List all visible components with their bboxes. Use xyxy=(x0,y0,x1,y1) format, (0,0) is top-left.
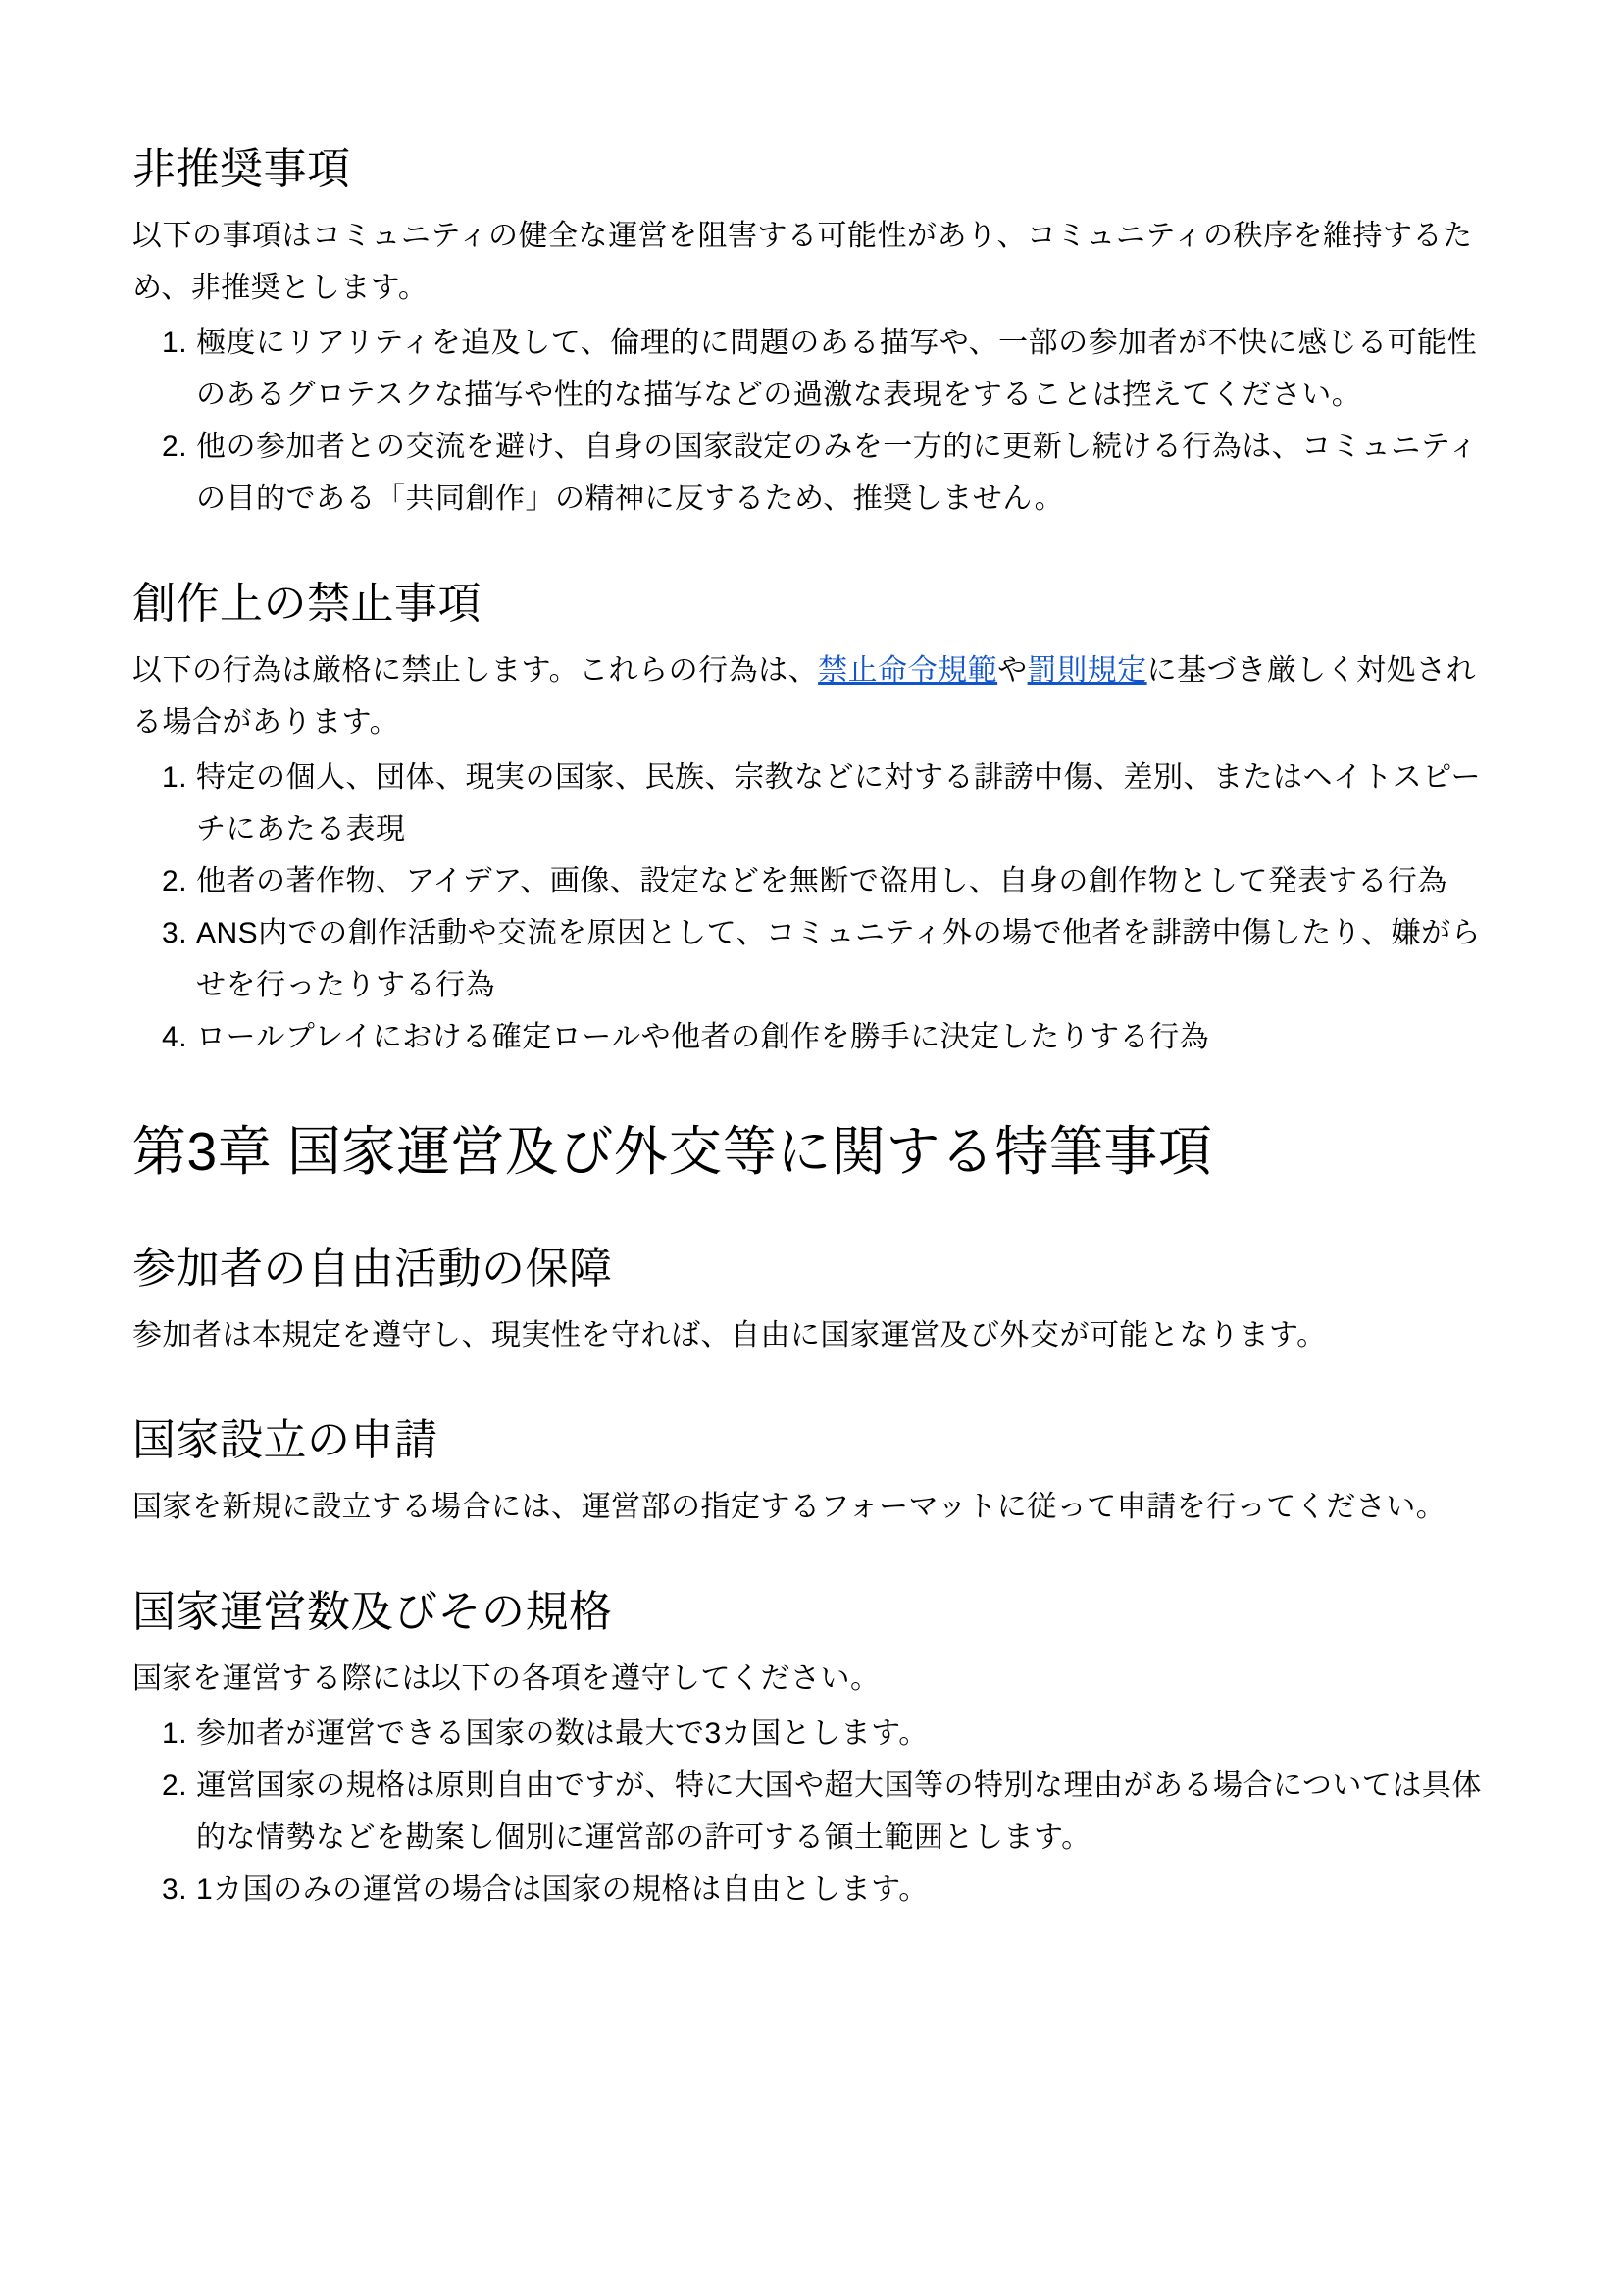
list-item: 1カ国のみの運営の場合は国家の規格は自由とします。 xyxy=(132,1863,1491,1915)
paragraph-freedom: 参加者は本規定を遵守し、現実性を守れば、自由に国家運営及び外交が可能となります。 xyxy=(132,1309,1491,1361)
intro-text-segment: 以下の行為は厳格に禁止します。これらの行為は、 xyxy=(132,654,818,687)
intro-text-segment: や xyxy=(997,654,1028,687)
section-heading-spec: 国家運営数及びその規格 xyxy=(132,1584,1491,1640)
list-item: 他者の著作物、アイデア、画像、設定などを無断で盗用し、自身の創作物として発表する… xyxy=(132,855,1491,907)
paragraph-prohibited-intro: 以下の行為は厳格に禁止します。これらの行為は、禁止命令規範や罰則規定に基づき厳し… xyxy=(132,644,1491,748)
paragraph-application: 国家を新規に設立する場合には、運営部の指定するフォーマットに従って申請を行ってく… xyxy=(132,1481,1491,1533)
section-heading-application: 国家設立の申請 xyxy=(132,1412,1491,1468)
list-item: 他の参加者との交流を避け、自身の国家設定のみを一方的に更新し続ける行為は、コミュ… xyxy=(132,421,1491,525)
section-heading-prohibited: 創作上の禁止事項 xyxy=(132,576,1491,632)
chapter-heading: 第3章 国家運営及び外交等に関する特筆事項 xyxy=(132,1116,1491,1187)
paragraph-discouraged-intro: 以下の事項はコミュニティの健全な運営を阻害する可能性があり、コミュニティの秩序を… xyxy=(132,210,1491,314)
document-content: 非推奨事項 以下の事項はコミュニティの健全な運営を阻害する可能性があり、コミュニ… xyxy=(0,0,1624,1915)
list-discouraged: 極度にリアリティを追及して、倫理的に問題のある描写や、一部の参加者が不快に感じる… xyxy=(132,317,1491,525)
document-page: 非推奨事項 以下の事項はコミュニティの健全な運営を阻害する可能性があり、コミュニ… xyxy=(0,0,1624,2294)
link-penalty-rules[interactable]: 罰則規定 xyxy=(1028,654,1147,687)
list-item: 参加者が運営できる国家の数は最大で3カ国とします。 xyxy=(132,1708,1491,1759)
link-prohibition-order-rules[interactable]: 禁止命令規範 xyxy=(818,654,997,687)
list-prohibited: 特定の個人、団体、現実の国家、民族、宗教などに対する誹謗中傷、差別、またはヘイト… xyxy=(132,751,1491,1063)
list-spec: 参加者が運営できる国家の数は最大で3カ国とします。 運営国家の規格は原則自由です… xyxy=(132,1708,1491,1915)
list-item: ANS内での創作活動や交流を原因として、コミュニティ外の場で他者を誹謗中傷したり… xyxy=(132,907,1491,1011)
list-item: 極度にリアリティを追及して、倫理的に問題のある描写や、一部の参加者が不快に感じる… xyxy=(132,317,1491,421)
list-item: 運営国家の規格は原則自由ですが、特に大国や超大国等の特別な理由がある場合について… xyxy=(132,1759,1491,1863)
section-heading-freedom: 参加者の自由活動の保障 xyxy=(132,1241,1491,1297)
paragraph-spec-intro: 国家を運営する際には以下の各項を遵守してください。 xyxy=(132,1653,1491,1705)
list-item: ロールプレイにおける確定ロールや他者の創作を勝手に決定したりする行為 xyxy=(132,1011,1491,1063)
section-heading-discouraged: 非推奨事項 xyxy=(132,141,1491,197)
list-item: 特定の個人、団体、現実の国家、民族、宗教などに対する誹謗中傷、差別、またはヘイト… xyxy=(132,751,1491,855)
